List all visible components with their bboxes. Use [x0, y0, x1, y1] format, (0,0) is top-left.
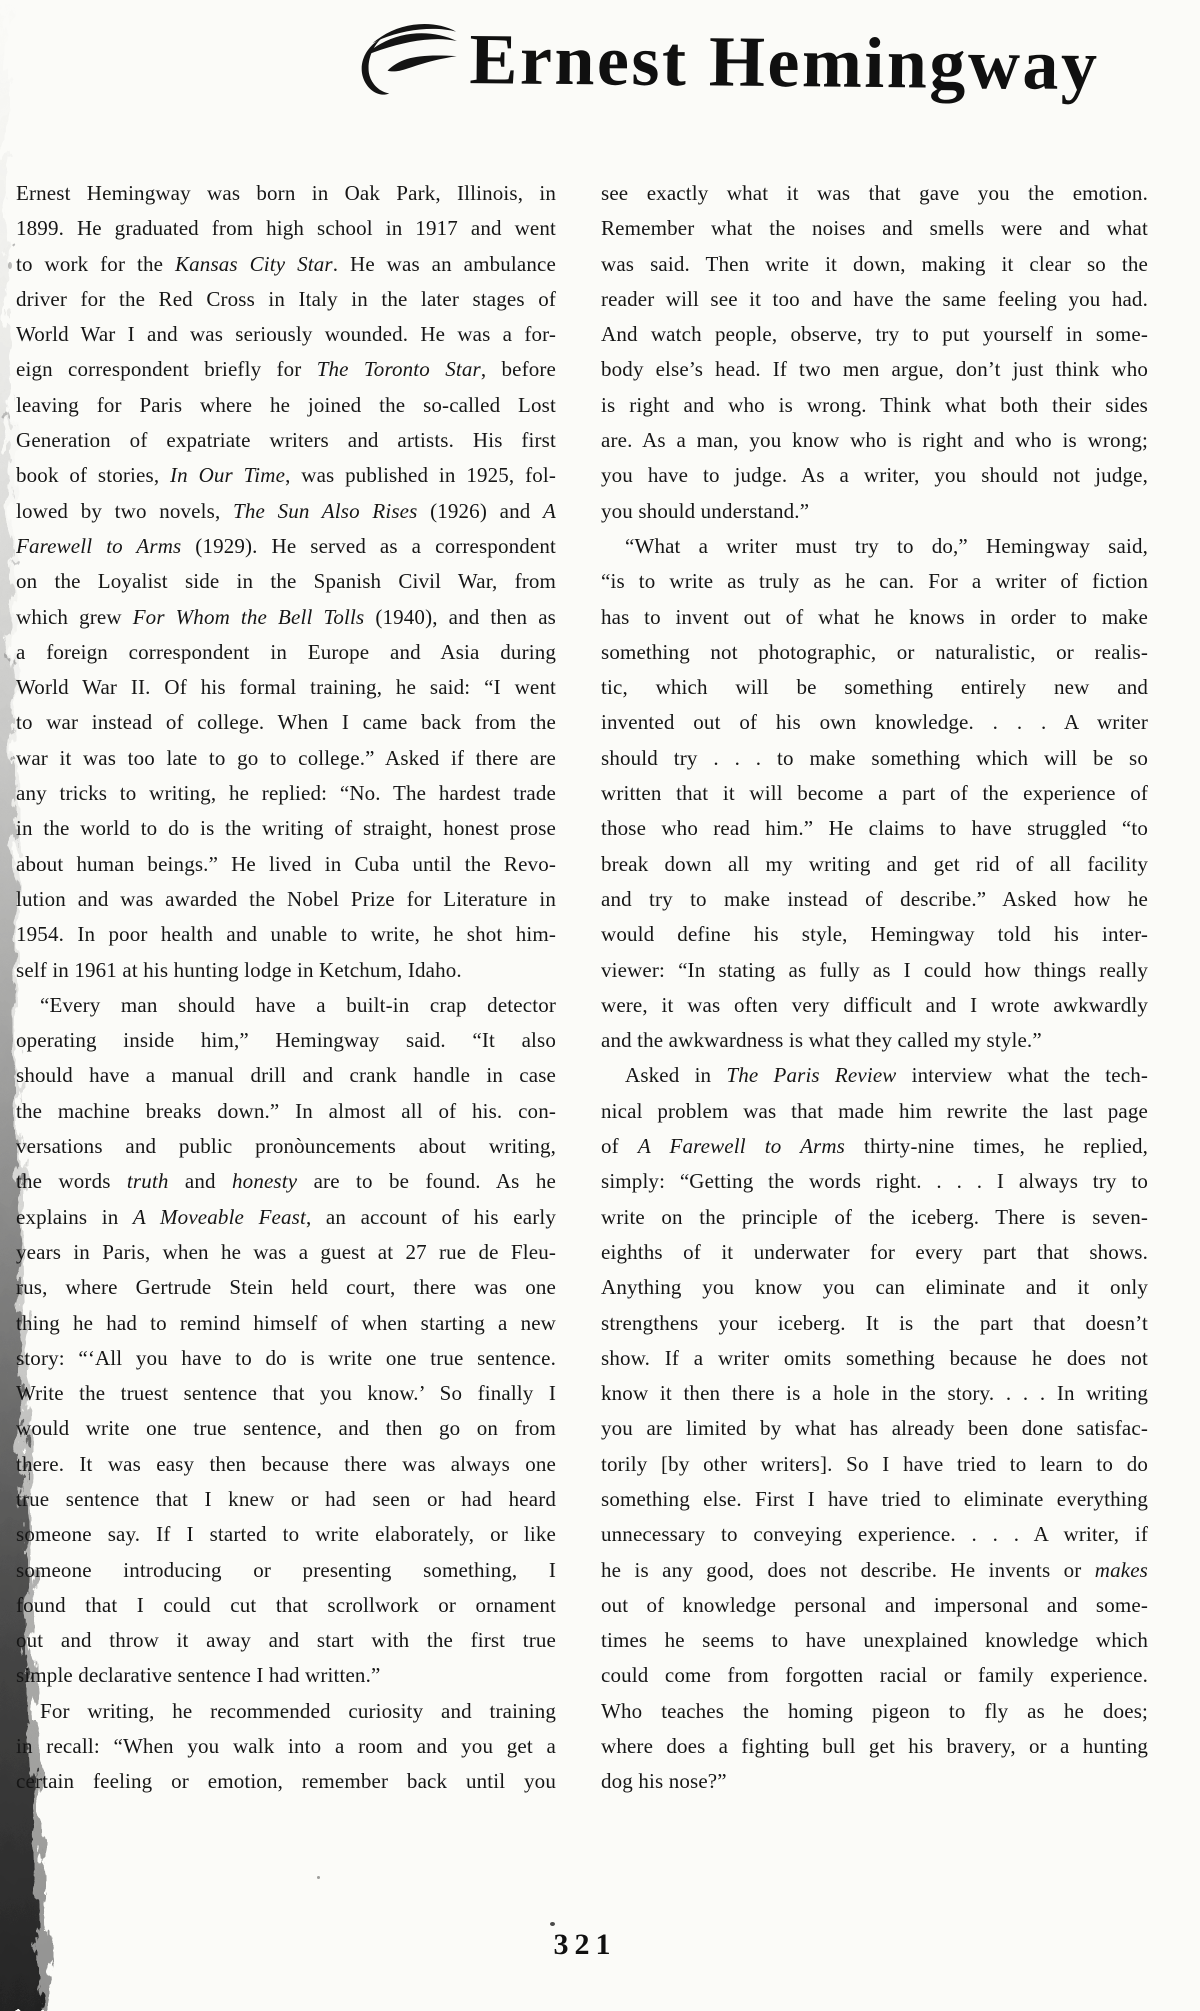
text-line: in the world to do is the writing of str… [16, 811, 556, 846]
text-line: times he seems to have unexplained knowl… [601, 1623, 1148, 1658]
text-line: and try to make instead of describe.” As… [601, 882, 1148, 917]
text-line: were, it was often very difficult and I … [601, 988, 1148, 1023]
text-line: book of stories, In Our Time, was publis… [16, 458, 556, 493]
page-title: Ernest Hemingway [469, 23, 1100, 101]
text-line: body else’s head. If two men argue, don’… [601, 352, 1148, 387]
text-line: nical problem was that made him rewrite … [601, 1094, 1148, 1129]
text-line: should try . . . to make something which… [601, 741, 1148, 776]
text-line: Asked in The Paris Review interview what… [601, 1058, 1148, 1093]
text-line: break down all my writing and get rid of… [601, 847, 1148, 882]
text-line: leaving for Paris where he joined the so… [16, 388, 556, 423]
text-line: in recall: “When you walk into a room an… [16, 1729, 556, 1764]
text-line: where does a fighting bull get his brave… [601, 1729, 1148, 1764]
text-line: there. It was easy then because there wa… [16, 1447, 556, 1482]
text-line: simple declarative sentence I had writte… [16, 1658, 556, 1693]
text-line: 1954. In poor health and unable to write… [16, 917, 556, 952]
text-line: Who teaches the homing pigeon to fly as … [601, 1694, 1148, 1729]
text-line: has to invent out of what he knows in or… [601, 600, 1148, 635]
text-line: lowed by two novels, The Sun Also Rises … [16, 494, 556, 529]
scan-speck [550, 1922, 555, 1926]
text-line: a foreign correspondent in Europe and As… [16, 635, 556, 670]
text-line: you are limited by what has already been… [601, 1411, 1148, 1446]
text-line: you have to judge. As a writer, you shou… [601, 458, 1148, 493]
text-line: versations and public pronòuncements abo… [16, 1129, 556, 1164]
text-line: Write the truest sentence that you know.… [16, 1376, 556, 1411]
text-line: which grew For Whom the Bell Tolls (1940… [16, 600, 556, 635]
text-line: he is any good, does not describe. He in… [601, 1553, 1148, 1588]
text-line: For writing, he recommended curiosity an… [16, 1694, 556, 1729]
text-line: invented out of his own knowledge. . . .… [601, 705, 1148, 740]
text-line: to work for the Kansas City Star. He was… [16, 247, 556, 282]
text-line: lution and was awarded the Nobel Prize f… [16, 882, 556, 917]
text-line: Ernest Hemingway was born in Oak Park, I… [16, 176, 556, 211]
text-line: was said. Then write it down, making it … [601, 247, 1148, 282]
text-line: rus, where Gertrude Stein held court, th… [16, 1270, 556, 1305]
text-line: World War I and was seriously wounded. H… [16, 317, 556, 352]
scan-speck [317, 1876, 320, 1879]
text-line: viewer: “In stating as fully as I could … [601, 953, 1148, 988]
text-line: true sentence that I knew or had seen or… [16, 1482, 556, 1517]
text-line: someone introducing or presenting someth… [16, 1553, 556, 1588]
text-line: strengthens your iceberg. It is the part… [601, 1306, 1148, 1341]
text-line: should have a manual drill and crank han… [16, 1058, 556, 1093]
text-line: “is to write as truly as he can. For a w… [601, 564, 1148, 599]
text-line: out and throw it away and start with the… [16, 1623, 556, 1658]
text-line: driver for the Red Cross in Italy in the… [16, 282, 556, 317]
text-line: any tricks to writing, he replied: “No. … [16, 776, 556, 811]
text-line: self in 1961 at his hunting lodge in Ket… [16, 953, 556, 988]
text-line: operating inside him,” Hemingway said. “… [16, 1023, 556, 1058]
text-line: torily [by other writers]. So I have tri… [601, 1447, 1148, 1482]
text-line: know it then there is a hole in the stor… [601, 1376, 1148, 1411]
text-line: those who read him.” He claims to have s… [601, 811, 1148, 846]
page-header: Ernest Hemingway [355, 8, 1100, 109]
text-line: out of knowledge personal and impersonal… [601, 1588, 1148, 1623]
text-line: the machine breaks down.” In almost all … [16, 1094, 556, 1129]
text-line: tic, which will be something entirely ne… [601, 670, 1148, 705]
text-line: unnecessary to conveying experience. . .… [601, 1517, 1148, 1552]
text-line: Remember what the noises and smells were… [601, 211, 1148, 246]
text-line: “Every man should have a built-in crap d… [16, 988, 556, 1023]
text-line: dog his nose?” [601, 1764, 1148, 1799]
text-line: see exactly what it was that gave you th… [601, 176, 1148, 211]
text-line: the words truth and honesty are to be fo… [16, 1164, 556, 1199]
text-column-left: Ernest Hemingway was born in Oak Park, I… [16, 176, 556, 1800]
text-line: to war instead of college. When I came b… [16, 705, 556, 740]
text-line: explains in A Moveable Feast, an account… [16, 1200, 556, 1235]
text-line: Generation of expatriate writers and art… [16, 423, 556, 458]
text-line: eighths of it underwater for every part … [601, 1235, 1148, 1270]
text-line: written that it will become a part of th… [601, 776, 1148, 811]
text-line: show. If a writer omits something becaus… [601, 1341, 1148, 1376]
text-line: World War II. Of his formal training, he… [16, 670, 556, 705]
text-line: you should understand.” [601, 494, 1148, 529]
scan-speck [8, 262, 12, 269]
text-line: are. As a man, you know who is right and… [601, 423, 1148, 458]
text-line: Farewell to Arms (1929). He served as a … [16, 529, 556, 564]
text-line: And watch people, observe, try to put yo… [601, 317, 1148, 352]
text-line: could come from forgotten racial or fami… [601, 1658, 1148, 1693]
text-line: certain feeling or emotion, remember bac… [16, 1764, 556, 1799]
text-line: found that I could cut that scrollwork o… [16, 1588, 556, 1623]
text-line: and the awkwardness is what they called … [601, 1023, 1148, 1058]
text-line: on the Loyalist side in the Spanish Civi… [16, 564, 556, 599]
scanned-book-page: { "header": { "title": "Ernest Hemingway… [0, 0, 1200, 2011]
text-line: someone say. If I started to write elabo… [16, 1517, 556, 1552]
text-line: about human beings.” He lived in Cuba un… [16, 847, 556, 882]
text-line: write on the principle of the iceberg. T… [601, 1200, 1148, 1235]
text-line: would write one true sentence, and then … [16, 1411, 556, 1446]
text-line: Anything you know you can eliminate and … [601, 1270, 1148, 1305]
calligraphic-flourish-icon [355, 16, 460, 103]
text-line: of A Farewell to Arms thirty-nine times,… [601, 1129, 1148, 1164]
text-line: would define his style, Hemingway told h… [601, 917, 1148, 952]
text-line: thing he had to remind himself of when s… [16, 1306, 556, 1341]
text-line: simply: “Getting the words right. . . . … [601, 1164, 1148, 1199]
text-line: eign correspondent briefly for The Toron… [16, 352, 556, 387]
text-line: 1899. He graduated from high school in 1… [16, 211, 556, 246]
text-line: “What a writer must try to do,” Hemingwa… [601, 529, 1148, 564]
text-line: war it was too late to go to college.” A… [16, 741, 556, 776]
text-line: story: “‘All you have to do is write one… [16, 1341, 556, 1376]
text-line: years in Paris, when he was a guest at 2… [16, 1235, 556, 1270]
page-number: 321 [505, 1928, 665, 1962]
text-line: is right and who is wrong. Think what bo… [601, 388, 1148, 423]
text-line: something else. First I have tried to el… [601, 1482, 1148, 1517]
text-column-right: see exactly what it was that gave you th… [601, 176, 1148, 1800]
text-line: something not photographic, or naturalis… [601, 635, 1148, 670]
text-line: reader will see it too and have the same… [601, 282, 1148, 317]
